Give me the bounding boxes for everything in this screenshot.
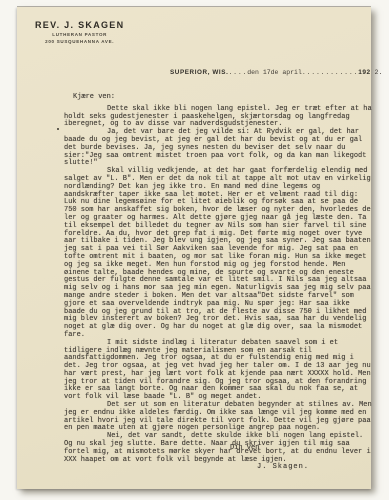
dateline-year-typed: 2. <box>375 69 383 76</box>
ink-speck <box>57 128 59 130</box>
dateline-year-printed: 192 <box>358 69 370 76</box>
letter-body: Kjære ven: Dette skal ikke bli nogen lan… <box>64 94 372 464</box>
dateline-dots-after: ............ <box>302 69 358 76</box>
paragraph-1: Dette skal ikke bli nogen lang epistel. … <box>64 106 372 129</box>
salutation: Kjære ven: <box>73 94 372 102</box>
closing: Din ven J. Skagen. <box>230 444 309 471</box>
paragraph-2: Ja, det var bare det jeg vilde si: At Ry… <box>64 129 372 168</box>
dateline: SUPERIOR, WIS.....den 17de april........… <box>170 69 382 76</box>
letterhead-name: REV. J. SKAGEN <box>35 20 124 30</box>
dateline-place: SUPERIOR, WIS. <box>170 69 228 76</box>
dateline-typed-date: den 17de april <box>247 69 302 76</box>
paragraph-3: Skal villig vedkjende, at det har gaat f… <box>64 168 372 340</box>
dateline-dots-before: .... <box>228 69 247 76</box>
signature: J. Skagen. <box>257 463 309 471</box>
valediction: Din ven <box>230 444 309 452</box>
letter-paper: REV. J. SKAGEN LUTHERAN PASTOR 200 SUSQU… <box>17 7 371 489</box>
paragraph-6: Nei, det var sandt, dette skulde ikke bl… <box>64 433 372 464</box>
letterhead-title: LUTHERAN PASTOR <box>35 32 124 37</box>
letterhead-address: 200 SUSQUEHANNA AVE. <box>35 39 124 44</box>
paragraph-5: Det ser ut som en literatur debaten begy… <box>64 402 372 433</box>
letterhead: REV. J. SKAGEN LUTHERAN PASTOR 200 SUSQU… <box>35 20 124 44</box>
paragraph-4: I mit sidste indlæg i literatur debaten … <box>64 340 372 402</box>
